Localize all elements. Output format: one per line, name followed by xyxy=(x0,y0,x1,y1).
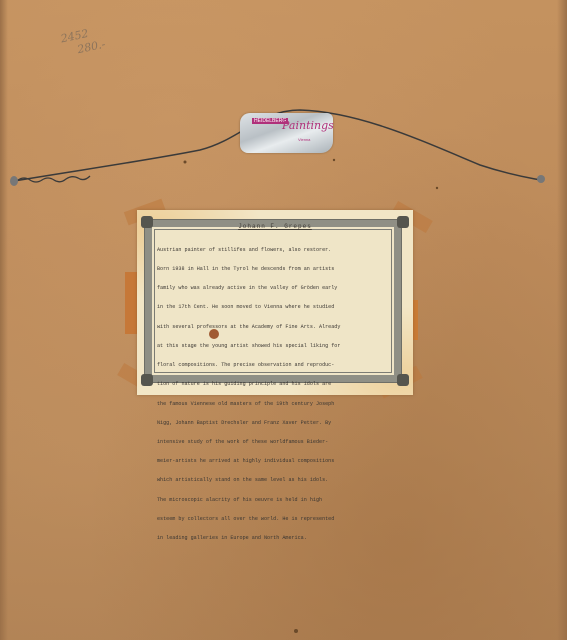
label-line: the famous Viennese old masters of the 1… xyxy=(157,401,399,407)
gallery-sticker: HEIDELBERG Paintings Vienna xyxy=(240,113,333,153)
label-line: The microscopic alacrity of his oeuvre i… xyxy=(157,497,399,503)
kraft-paper-backing: 2452 280.- HEIDELBERG Paintings Vienna J… xyxy=(0,0,567,640)
frame-corner-ornament-icon xyxy=(141,374,153,386)
label-line: family who was already active in the val… xyxy=(157,285,399,291)
sticker-small-text: Vienna xyxy=(298,137,310,142)
label-line: at this stage the young artist showed hi… xyxy=(157,343,399,349)
thumbtack-icon xyxy=(209,329,219,339)
sticker-script: Paintings xyxy=(282,119,334,132)
label-line: which artistically stand on the same lev… xyxy=(157,477,399,483)
label-line: tion of nature is his guiding principle … xyxy=(157,381,399,387)
label-line: intensive study of the work of these wor… xyxy=(157,439,399,445)
label-line: meier-artists he arrived at highly indiv… xyxy=(157,458,399,464)
label-line: Nigg, Johann Baptist Drechsler and Franz… xyxy=(157,420,399,426)
label-line: in leading galleries in Europe and North… xyxy=(157,535,399,541)
label-line: Austrian painter of stillifes and flower… xyxy=(157,247,399,253)
label-body: Austrian painter of stillifes and flower… xyxy=(157,234,399,554)
label-line: esteem by collectors all over the world.… xyxy=(157,516,399,522)
label-title: Johann F. Grepes xyxy=(137,223,413,230)
label-line: in the 17th Cent. He soon moved to Vienn… xyxy=(157,304,399,310)
label-line: Born 1938 in Hall in the Tyrol he descen… xyxy=(157,266,399,272)
label-line: floral compositions. The precise observa… xyxy=(157,362,399,368)
label-line: with several professors at the Academy o… xyxy=(157,324,399,330)
artist-bio-label: Johann F. Grepes Austrian painter of sti… xyxy=(137,210,413,395)
